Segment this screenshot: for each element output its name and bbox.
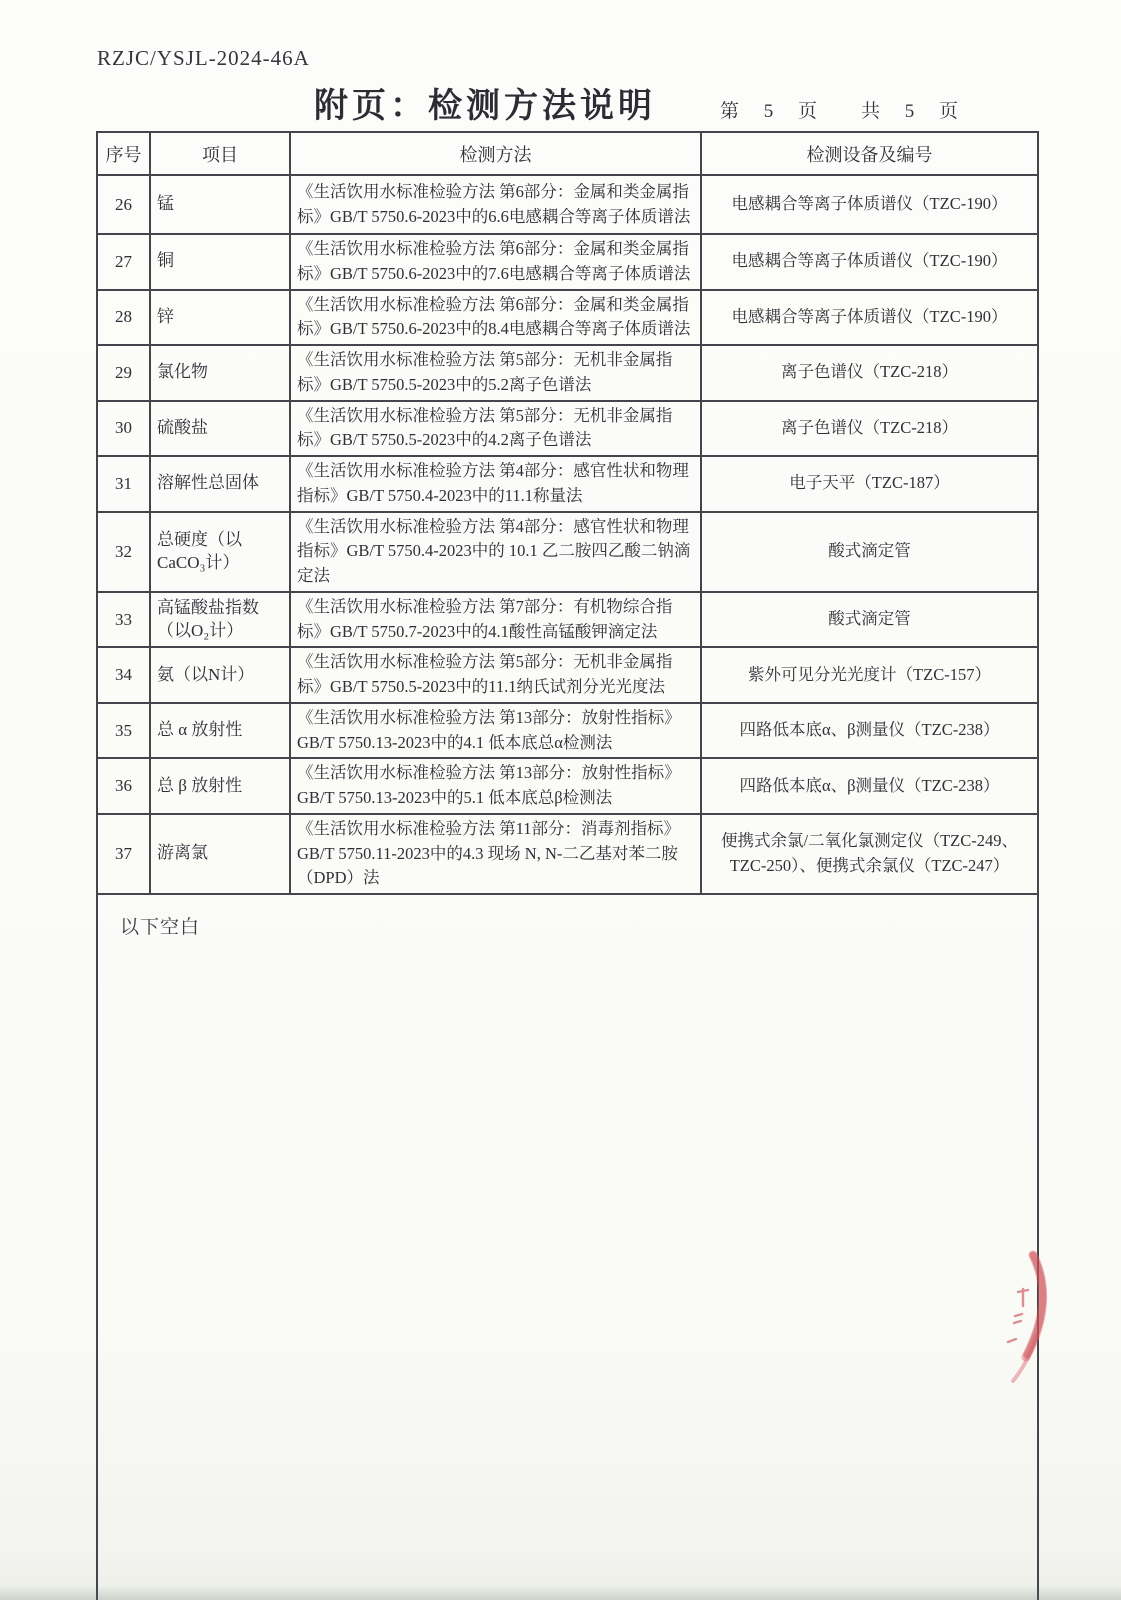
table-row: 33 高锰酸盐指数（以O₂计） 《生活饮用水标准检验方法 第7部分：有机物综合指… xyxy=(97,592,1038,648)
row-equipment: 电感耦合等离子体质谱仪（TZC-190） xyxy=(701,175,1038,234)
row-no: 36 xyxy=(97,758,150,814)
row-no: 33 xyxy=(97,592,150,648)
row-equipment: 酸式滴定管 xyxy=(701,592,1038,648)
row-item: 高锰酸盐指数（以O₂计） xyxy=(150,592,290,648)
title-row: 附页：检测方法说明 第 5 页共 5 页 xyxy=(96,78,1037,127)
table-row: 27 铜 《生活饮用水标准检验方法 第6部分：金属和类金属指标》GB/T 575… xyxy=(97,234,1038,290)
table-row: 28 锌 《生活饮用水标准检验方法 第6部分：金属和类金属指标》GB/T 575… xyxy=(97,290,1038,346)
table-row: 29 氯化物 《生活饮用水标准检验方法 第5部分：无机非金属指标》GB/T 57… xyxy=(97,345,1038,401)
row-method: 《生活饮用水标准检验方法 第11部分：消毒剂指标》GB/T 5750.11-20… xyxy=(290,814,701,894)
row-no: 29 xyxy=(97,345,150,401)
scanned-document-page: RZJC/YSJL-2024-46A 附页：检测方法说明 第 5 页共 5 页 … xyxy=(0,0,1121,1600)
row-item: 锌 xyxy=(150,290,290,346)
page-number-total: 共 5 页 xyxy=(861,101,968,122)
row-equipment: 四路低本底α、β测量仪（TZC-238） xyxy=(701,758,1038,814)
header-method: 检测方法 xyxy=(290,132,701,175)
table-row: 30 硫酸盐 《生活饮用水标准检验方法 第5部分：无机非金属指标》GB/T 57… xyxy=(97,401,1038,457)
row-method: 《生活饮用水标准检验方法 第13部分：放射性指标》GB/T 5750.13-20… xyxy=(290,758,701,814)
table-row: 34 氨（以N计） 《生活饮用水标准检验方法 第5部分：无机非金属指标》GB/T… xyxy=(97,647,1038,703)
row-method: 《生活饮用水标准检验方法 第4部分：感官性状和物理指标》GB/T 5750.4-… xyxy=(290,512,701,592)
methods-table: 序号 项目 检测方法 检测设备及编号 26 锰 《生活饮用水标准检验方法 第6部… xyxy=(96,131,1039,1600)
row-method: 《生活饮用水标准检验方法 第5部分：无机非金属指标》GB/T 5750.5-20… xyxy=(290,647,701,703)
table-row: 35 总 α 放射性 《生活饮用水标准检验方法 第13部分：放射性指标》GB/T… xyxy=(97,703,1038,759)
row-equipment: 紫外可见分光光度计（TZC-157） xyxy=(701,647,1038,703)
table-row: 32 总硬度（以CaCO₃计） 《生活饮用水标准检验方法 第4部分：感官性状和物… xyxy=(97,512,1038,592)
row-item: 溶解性总固体 xyxy=(150,456,290,512)
blank-area-row: 以下空白 xyxy=(97,894,1038,1600)
row-no: 30 xyxy=(97,401,150,457)
header-item: 项目 xyxy=(150,132,290,175)
row-method: 《生活饮用水标准检验方法 第6部分：金属和类金属指标》GB/T 5750.6-2… xyxy=(290,234,701,290)
table-row: 26 锰 《生活饮用水标准检验方法 第6部分：金属和类金属指标》GB/T 575… xyxy=(97,175,1038,234)
row-equipment: 离子色谱仪（TZC-218） xyxy=(701,401,1038,457)
row-item: 总 α 放射性 xyxy=(150,703,290,759)
scan-bottom-shadow xyxy=(0,1586,1121,1600)
row-item: 游离氯 xyxy=(150,814,290,894)
row-item: 总硬度（以CaCO₃计） xyxy=(150,512,290,592)
table-row: 37 游离氯 《生活饮用水标准检验方法 第11部分：消毒剂指标》GB/T 575… xyxy=(97,814,1038,894)
page-number: 第 5 页共 5 页 xyxy=(720,96,968,123)
row-item: 氯化物 xyxy=(150,345,290,401)
row-method: 《生活饮用水标准检验方法 第4部分：感官性状和物理指标》GB/T 5750.4-… xyxy=(290,456,701,512)
blank-note: 以下空白 xyxy=(97,894,1038,1600)
table-header-row: 序号 项目 检测方法 检测设备及编号 xyxy=(97,132,1038,175)
row-method: 《生活饮用水标准检验方法 第5部分：无机非金属指标》GB/T 5750.5-20… xyxy=(290,401,701,457)
row-method: 《生活饮用水标准检验方法 第5部分：无机非金属指标》GB/T 5750.5-20… xyxy=(290,345,701,401)
row-no: 27 xyxy=(97,234,150,290)
row-equipment: 电子天平（TZC-187） xyxy=(701,456,1038,512)
row-no: 28 xyxy=(97,290,150,346)
row-method: 《生活饮用水标准检验方法 第6部分：金属和类金属指标》GB/T 5750.6-2… xyxy=(290,175,701,234)
row-no: 31 xyxy=(97,456,150,512)
page-number-current: 第 5 页 xyxy=(720,101,827,122)
table-row: 36 总 β 放射性 《生活饮用水标准检验方法 第13部分：放射性指标》GB/T… xyxy=(97,758,1038,814)
table-row: 31 溶解性总固体 《生活饮用水标准检验方法 第4部分：感官性状和物理指标》GB… xyxy=(97,456,1038,512)
row-no: 34 xyxy=(97,647,150,703)
row-no: 26 xyxy=(97,175,150,234)
row-no: 35 xyxy=(97,703,150,759)
row-method: 《生活饮用水标准检验方法 第13部分：放射性指标》GB/T 5750.13-20… xyxy=(290,703,701,759)
row-item: 总 β 放射性 xyxy=(150,758,290,814)
header-no: 序号 xyxy=(97,132,150,175)
row-equipment: 电感耦合等离子体质谱仪（TZC-190） xyxy=(701,234,1038,290)
row-no: 32 xyxy=(97,512,150,592)
row-equipment: 四路低本底α、β测量仪（TZC-238） xyxy=(701,703,1038,759)
row-item: 锰 xyxy=(150,175,290,234)
row-item: 铜 xyxy=(150,234,290,290)
page-title: 附页：检测方法说明 xyxy=(314,78,656,127)
row-item: 氨（以N计） xyxy=(150,647,290,703)
row-equipment: 酸式滴定管 xyxy=(701,512,1038,592)
row-no: 37 xyxy=(97,814,150,894)
doc-code: RZJC/YSJL-2024-46A xyxy=(97,46,310,71)
row-method: 《生活饮用水标准检验方法 第7部分：有机物综合指标》GB/T 5750.7-20… xyxy=(290,592,701,648)
row-equipment: 电感耦合等离子体质谱仪（TZC-190） xyxy=(701,290,1038,346)
row-item: 硫酸盐 xyxy=(150,401,290,457)
row-equipment: 便携式余氯/二氧化氯测定仪（TZC-249、TZC-250）、便携式余氯仪（TZ… xyxy=(701,814,1038,894)
row-equipment: 离子色谱仪（TZC-218） xyxy=(701,345,1038,401)
header-equipment: 检测设备及编号 xyxy=(701,132,1038,175)
row-method: 《生活饮用水标准检验方法 第6部分：金属和类金属指标》GB/T 5750.6-2… xyxy=(290,290,701,346)
